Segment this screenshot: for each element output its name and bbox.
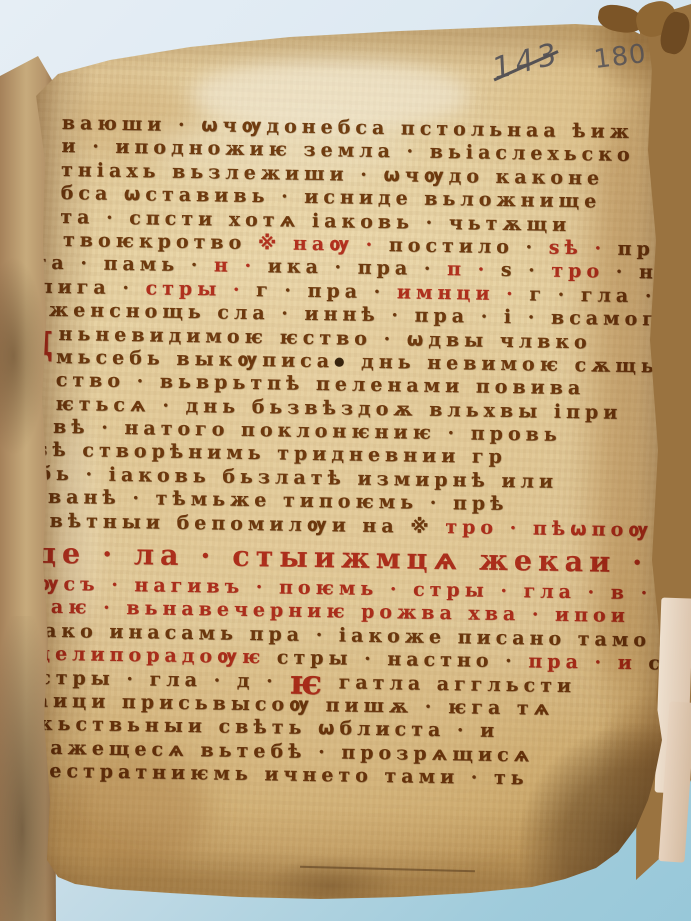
text-segment: г · пра · xyxy=(256,279,397,303)
text-segment: постило · xyxy=(389,234,549,259)
text-segment: ● xyxy=(334,354,350,368)
text-segment: тро xyxy=(551,260,616,283)
text-segment: стры · гла · д · xyxy=(39,666,290,692)
text-segment: ика · пра · xyxy=(268,256,448,281)
text-segment: гатла аггльсти xyxy=(327,671,576,697)
text-segment: тро · пѣѡпоѹ xyxy=(445,516,665,541)
text-segment: имнци · xyxy=(397,281,530,305)
text-segment: мьсебь выкѹписа xyxy=(56,346,334,372)
manuscript-scan: 143 180 ваюши · ѡчѹдонебса пстольнаа ѣиж… xyxy=(0,0,691,921)
text-segment: де · ла · стыижмцѧ жекаи · xyxy=(37,536,649,580)
text-segment: днь невимоѥ сѫщь xyxy=(349,350,659,377)
text-segment: н · xyxy=(214,255,268,278)
text-segment: ѕѣ · xyxy=(549,237,618,260)
text-segment: лига · xyxy=(39,275,146,299)
text-segment: стры · xyxy=(145,277,256,301)
text-segment: ※ наѹ · xyxy=(258,232,389,256)
folio-number-text: 180 xyxy=(592,39,648,75)
text-segment: ѕ · xyxy=(501,259,552,282)
folio-number: 180 xyxy=(592,39,648,75)
text-segment: та · памь · xyxy=(34,252,214,277)
text-segment: п · xyxy=(447,258,501,281)
parchment-page: 143 180 ваюши · ѡчѹдонебса пстольнаа ѣиж… xyxy=(0,0,691,921)
text-segment: твоѥкротво xyxy=(63,229,258,254)
text-segment: щелипорадоѹѥ xyxy=(29,643,277,669)
text-segment: пра · и xyxy=(528,651,648,675)
text-block: ваюши · ѡчѹдонебса пстольнаа ѣижи · ипод… xyxy=(51,112,643,793)
